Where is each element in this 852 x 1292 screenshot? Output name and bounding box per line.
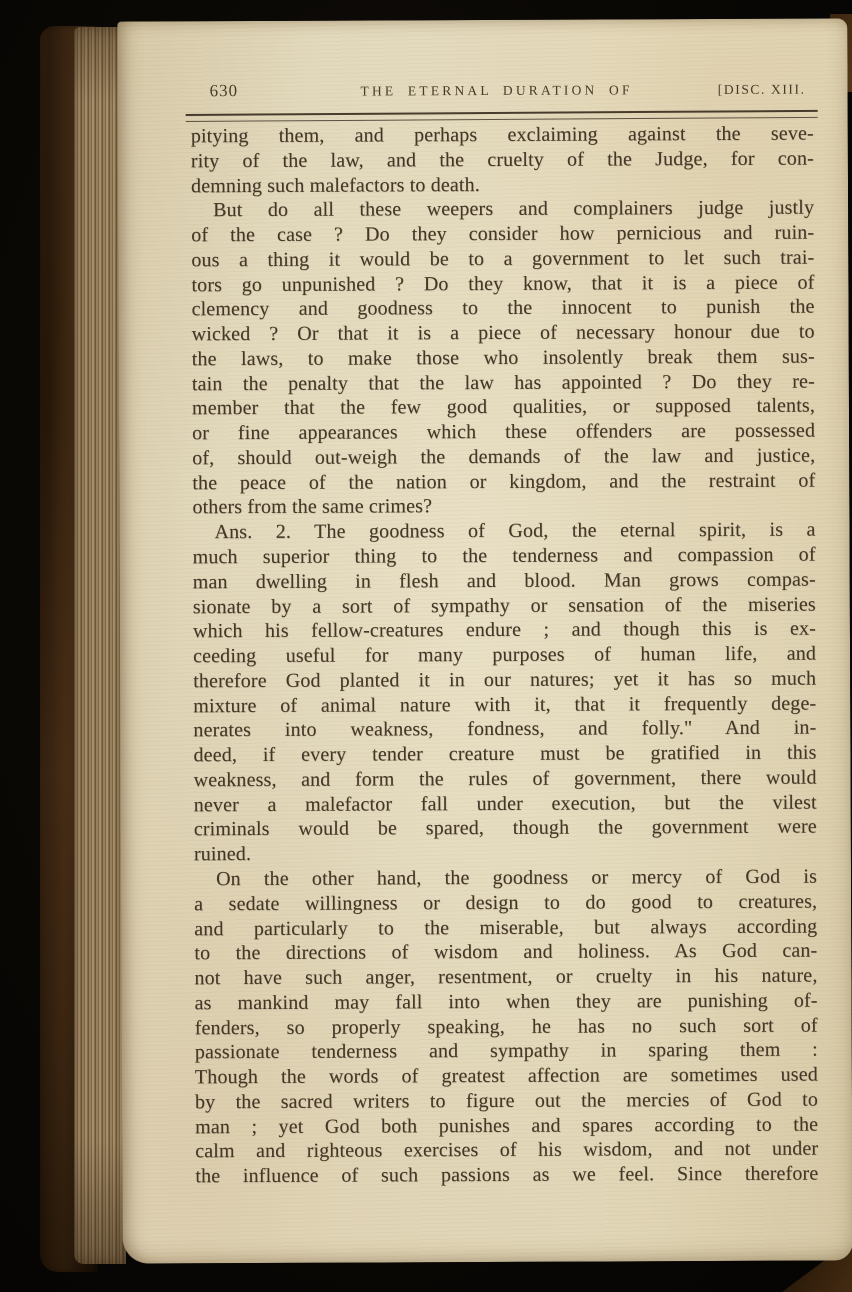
text-line: pitying them, and perhaps exclaiming aga… <box>191 122 814 149</box>
text-line: ceeding useful for many purposes of huma… <box>193 642 816 669</box>
text-line: therefore God planted it in our natures;… <box>193 666 816 693</box>
running-title: THE ETERNAL DURATION OF <box>308 82 686 100</box>
paragraph: But do all these weepers and complainers… <box>191 196 815 521</box>
text-line: which his fellow-creatures endure ; and … <box>193 617 816 644</box>
text-line: or fine appearances which these offender… <box>192 419 815 446</box>
text-line: ruined. <box>194 840 817 867</box>
text-line: ous a thing it would be to a government … <box>191 245 814 272</box>
text-line: tain the penalty that the law has appoin… <box>192 369 815 396</box>
text-line: But do all these weepers and complainers… <box>191 196 814 223</box>
text-line: as mankind may fall into when they are p… <box>195 988 818 1015</box>
text-line: sionate by a sort of sympathy or sensati… <box>193 592 816 619</box>
text-line: much superior thing to the tenderness an… <box>193 543 816 570</box>
header-rule <box>186 110 818 122</box>
text-line: mixture of animal nature with it, that i… <box>193 691 816 718</box>
text-line: member that the few good qualities, or s… <box>192 394 815 421</box>
book-photo: 630 THE ETERNAL DURATION OF [DISC. XIII.… <box>0 0 852 1292</box>
page-number: 630 <box>188 81 308 102</box>
text-line: Ans. 2. The goodness of God, the eternal… <box>192 518 815 545</box>
text-line: by the sacred writers to figure out the … <box>195 1087 818 1114</box>
page-header: 630 THE ETERNAL DURATION OF [DISC. XIII. <box>188 79 816 102</box>
text-line: tors go unpunished ? Do they know, that … <box>191 270 814 297</box>
text-line: the laws, to make those who insolently b… <box>192 344 815 371</box>
body-text: pitying them, and perhaps exclaiming aga… <box>191 122 819 1190</box>
text-line: a sedate willingness or design to do goo… <box>194 889 817 916</box>
text-line: calm and righteous exercises of his wisd… <box>195 1137 818 1164</box>
text-line: and particularly to the miserable, but a… <box>194 914 817 941</box>
text-line: On the other hand, the goodness or mercy… <box>194 865 817 892</box>
text-line: nerates into weakness, fondness, and fol… <box>193 716 816 743</box>
text-line: passionate tenderness and sympathy in sp… <box>195 1038 818 1065</box>
text-line: Though the words of greatest affection a… <box>195 1063 818 1090</box>
paragraph: Ans. 2. The goodness of God, the eternal… <box>192 518 817 867</box>
text-line: criminals would be spared, though the go… <box>194 815 817 842</box>
paragraph: On the other hand, the goodness or mercy… <box>194 865 818 1190</box>
text-line: to the directions of wisdom and holiness… <box>194 939 817 966</box>
text-line: man dwelling in flesh and blood. Man gro… <box>193 567 816 594</box>
text-line: others from the same crimes? <box>192 493 815 520</box>
text-line: demning such malefactors to death. <box>191 171 814 198</box>
text-line: clemency and goodness to the innocent to… <box>191 295 814 322</box>
text-line: rity of the law, and the cruelty of the … <box>191 146 814 173</box>
paragraph: pitying them, and perhaps exclaiming aga… <box>191 122 814 199</box>
text-line: the influence of such passions as we fee… <box>195 1162 818 1189</box>
section-reference: [DISC. XIII. <box>686 82 816 99</box>
book-page: 630 THE ETERNAL DURATION OF [DISC. XIII.… <box>117 18 852 1263</box>
text-line: of the case ? Do they consider how perni… <box>191 221 814 248</box>
text-line: not have such anger, resentment, or crue… <box>194 964 817 991</box>
text-line: of, should out-weigh the demands of the … <box>192 444 815 471</box>
text-line: deed, if every tender creature must be g… <box>193 741 816 768</box>
text-line: the peace of the nation or kingdom, and … <box>192 468 815 495</box>
text-line: never a malefactor fall under execution,… <box>194 790 817 817</box>
text-line: fenders, so properly speaking, he has no… <box>195 1013 818 1040</box>
text-line: weakness, and form the rules of governme… <box>194 765 817 792</box>
text-line: wicked ? Or that it is a piece of necess… <box>192 320 815 347</box>
text-line: man ; yet God both punishes and spares a… <box>195 1112 818 1139</box>
